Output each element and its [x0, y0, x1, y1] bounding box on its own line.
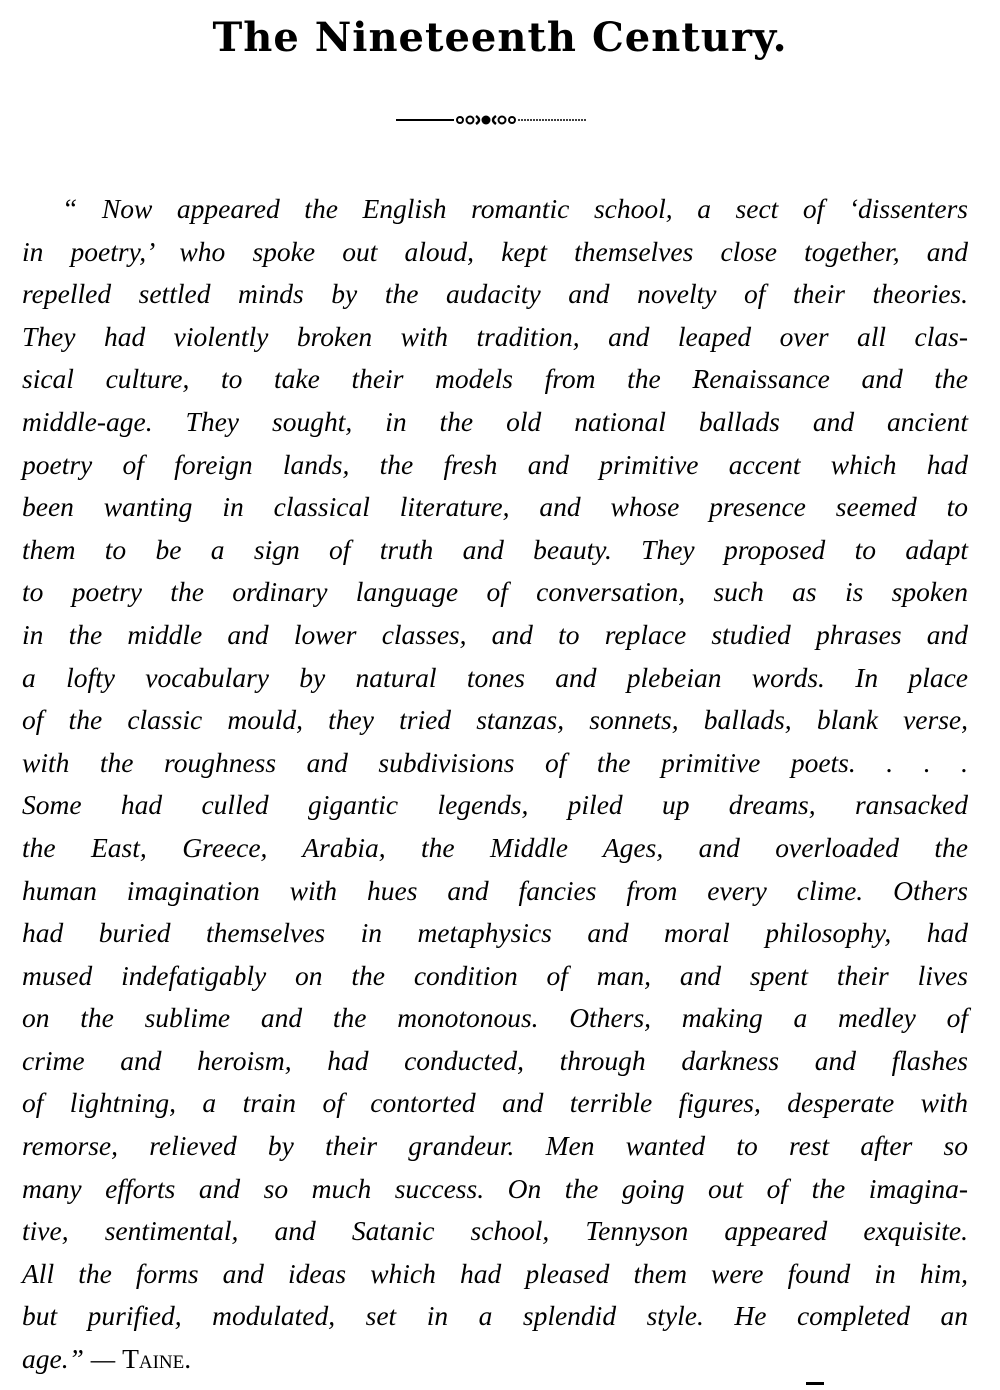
quote-line: of the classic mould, they tried stanzas… — [22, 699, 968, 742]
quote-attribution-line: age.” — Taine. — [22, 1338, 968, 1381]
quote-block: “ Now appeared the English romantic scho… — [22, 188, 968, 1381]
quote-line: remorse, relieved by their grandeur. Men… — [22, 1125, 968, 1168]
quote-line: to poetry the ordinary language of conve… — [22, 571, 968, 614]
page-signature-mark — [806, 1382, 824, 1390]
quote-line: many efforts and so much success. On the… — [22, 1168, 968, 1211]
quote-line: them to be a sign of truth and beauty. T… — [22, 529, 968, 572]
quote-line: mused indefatigably on the condition of … — [22, 955, 968, 998]
fleuron-divider-icon — [396, 112, 586, 128]
quote-line: They had violently broken with tradition… — [22, 316, 968, 359]
quote-line: but purified, modulated, set in a splend… — [22, 1295, 968, 1338]
quote-line: All the forms and ideas which had please… — [22, 1253, 968, 1296]
quote-line: human imagination with hues and fancies … — [22, 870, 968, 913]
quote-line: crime and heroism, had conducted, throug… — [22, 1040, 968, 1083]
quote-line: “ Now appeared the English romantic scho… — [22, 188, 968, 231]
quote-line: the East, Greece, Arabia, the Middle Age… — [22, 827, 968, 870]
quote-line: poetry of foreign lands, the fresh and p… — [22, 444, 968, 487]
quote-line: repelled settled minds by the audacity a… — [22, 273, 968, 316]
quote-line: been wanting in classical literature, an… — [22, 486, 968, 529]
quote-closing: age.” — — [22, 1343, 122, 1374]
quote-line: with the roughness and subdivisions of t… — [22, 742, 968, 785]
quote-author: Taine. — [122, 1343, 191, 1374]
page-title: The Nineteenth Century. — [0, 10, 1000, 66]
quote-line: Some had culled gigantic legends, piled … — [22, 784, 968, 827]
quote-line: of lightning, a train of contorted and t… — [22, 1082, 968, 1125]
quote-line: middle-age. They sought, in the old nati… — [22, 401, 968, 444]
quote-line: in poetry,’ who spoke out aloud, kept th… — [22, 231, 968, 274]
quote-line: on the sublime and the monotonous. Other… — [22, 997, 968, 1040]
quote-line: in the middle and lower classes, and to … — [22, 614, 968, 657]
quote-line: had buried themselves in metaphysics and… — [22, 912, 968, 955]
quote-line: tive, sentimental, and Satanic school, T… — [22, 1210, 968, 1253]
quote-line: a lofty vocabulary by natural tones and … — [22, 657, 968, 700]
quote-line: sical culture, to take their models from… — [22, 358, 968, 401]
